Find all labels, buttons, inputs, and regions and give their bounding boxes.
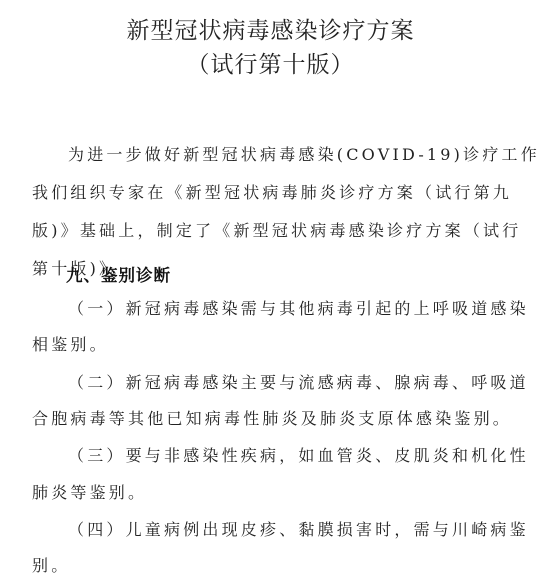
document-subtitle: （试行第十版） [0, 46, 541, 79]
document-title: 新型冠状病毒感染诊疗方案 [0, 12, 541, 45]
document-page: 新型冠状病毒感染诊疗方案 （试行第十版） 为进一步做好新型冠状病毒感染(COVI… [0, 0, 541, 575]
item-line: （一）新冠病毒感染需与其他病毒引起的上呼吸道感染 [68, 296, 512, 319]
item-line: 别。 [32, 553, 512, 575]
section-heading: 九、鉴别诊断 [66, 262, 171, 286]
item-line: （三）要与非感染性疾病，如血管炎、皮肌炎和机化性 [68, 443, 512, 466]
intro-line: 我们组织专家在《新型冠状病毒肺炎诊疗方案（试行第九 [32, 180, 512, 203]
item-line: （二）新冠病毒感染主要与流感病毒、腺病毒、呼吸道 [68, 370, 512, 393]
intro-line: 版)》基础上，制定了《新型冠状病毒感染诊疗方案（试行 [32, 218, 512, 241]
item-line: 相鉴别。 [32, 332, 512, 355]
item-line: 合胞病毒等其他已知病毒性肺炎及肺炎支原体感染鉴别。 [32, 406, 512, 429]
intro-line: 为进一步做好新型冠状病毒感染(COVID-19)诊疗工作， [68, 142, 512, 165]
item-line: （四）儿童病例出现皮疹、黏膜损害时，需与川崎病鉴 [68, 517, 512, 540]
item-line: 肺炎等鉴别。 [32, 480, 512, 503]
